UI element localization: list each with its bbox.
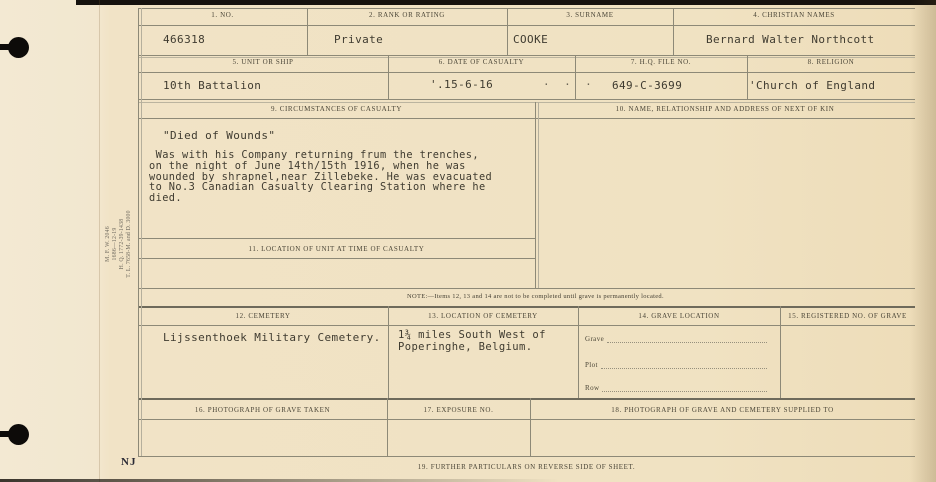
circumstances-body: Was with his Company returning frum the … xyxy=(149,150,492,204)
page-mark: NJ xyxy=(121,456,136,468)
cemetery-value: Lijssenthoek Military Cemetery. xyxy=(163,331,381,344)
plot-row: Plot xyxy=(585,360,767,369)
field-date-label: 6. DATE OF CASUALTY xyxy=(388,58,575,66)
field-surname-value: COOKE xyxy=(513,33,548,46)
rule xyxy=(535,102,536,288)
field-surname-label: 3. SURNAME xyxy=(507,11,673,19)
rule xyxy=(138,398,915,400)
field-date-value: '.15-6-16 xyxy=(430,78,493,91)
rule xyxy=(138,8,915,9)
field-no-value: 466318 xyxy=(163,33,205,46)
next-of-kin-label: 10. NAME, RELATIONSHIP AND ADDRESS OF NE… xyxy=(535,105,915,113)
rule xyxy=(138,8,139,456)
circumstances-label: 9. CIRCUMSTANCES OF CASUALTY xyxy=(138,105,535,113)
margin-line-2: 1686—12-19 xyxy=(112,203,119,285)
margin-form-numbers: M. F. W. 2046 1686—12-19 H. Q. 1772-39-1… xyxy=(105,203,135,285)
cemetery-label: 12. CEMETERY xyxy=(138,312,388,320)
rule xyxy=(138,25,915,26)
rule xyxy=(138,238,535,239)
grave-row-dotted-line xyxy=(607,334,767,343)
rule xyxy=(141,8,142,456)
field-unit-value: 10th Battalion xyxy=(163,79,261,92)
field-hq-file-label: 7. H.Q. FILE NO. xyxy=(575,58,747,66)
punch-hole-top-stem xyxy=(0,44,15,50)
rule xyxy=(138,102,915,103)
rule xyxy=(138,419,915,420)
rule xyxy=(138,72,915,73)
plot-row-dotted-line xyxy=(601,360,767,369)
field-hq-file-value: 649-C-3699 xyxy=(612,79,682,92)
paper-crease xyxy=(99,0,100,482)
field-rank-value: Private xyxy=(334,33,383,46)
field-no-label: 1. NO. xyxy=(138,11,307,19)
photo-taken-label: 16. PHOTOGRAPH OF GRAVE TAKEN xyxy=(138,406,387,414)
casualty-register-scan: 1. NO. 2. RANK OR RATING 3. SURNAME 4. C… xyxy=(0,0,936,482)
row-row: Row xyxy=(585,383,767,392)
rule xyxy=(138,306,915,308)
grave-location-label: 14. GRAVE LOCATION xyxy=(578,312,780,320)
row-row-dotted-line xyxy=(602,383,767,392)
rule xyxy=(538,102,539,288)
row-row-label: Row xyxy=(585,384,599,392)
field-religion-label: 8. RELIGION xyxy=(747,58,915,66)
cemetery-location-value: 1¾ miles South West of Poperinghe, Belgi… xyxy=(398,330,546,353)
field-christian-names-value: Bernard Walter Northcott xyxy=(706,33,875,46)
grave-row-label: Grave xyxy=(585,335,604,343)
rule xyxy=(138,118,915,119)
grave-row: Grave xyxy=(585,334,767,343)
scan-edge-right xyxy=(910,0,936,482)
circumstances-title: "Died of Wounds" xyxy=(163,129,275,142)
cemetery-location-label: 13. LOCATION OF CEMETERY xyxy=(388,312,578,320)
field-rank-label: 2. RANK OR RATING xyxy=(307,11,507,19)
field-christian-names-label: 4. CHRISTIAN NAMES xyxy=(673,11,915,19)
registered-grave-label: 15. REGISTERED NO. OF GRAVE xyxy=(780,312,915,320)
rule xyxy=(138,325,915,326)
rule xyxy=(138,55,915,56)
field-religion-value: 'Church of England xyxy=(749,79,875,92)
margin-line-1: M. F. W. 2046 xyxy=(105,203,112,285)
field-unit-label: 5. UNIT OR SHIP xyxy=(138,58,388,66)
photo-supplied-label: 18. PHOTOGRAPH OF GRAVE AND CEMETERY SUP… xyxy=(530,406,915,414)
punch-hole-bottom-stem xyxy=(0,431,15,437)
footer-line: 19. FURTHER PARTICULARS ON REVERSE SIDE … xyxy=(138,463,915,471)
unit-location-label: 11. LOCATION OF UNIT AT TIME OF CASUALTY xyxy=(138,245,535,253)
rule xyxy=(138,456,915,457)
note-text: NOTE:—Items 12, 13 and 14 are not to be … xyxy=(407,293,664,300)
scan-edge-top xyxy=(76,0,936,5)
exposure-label: 17. EXPOSURE NO. xyxy=(387,406,530,414)
plot-row-label: Plot xyxy=(585,361,598,369)
margin-line-4: T. L. 7658-M. and D. 3000 xyxy=(126,203,133,285)
margin-line-3: H. Q. 1772-39-1438 xyxy=(119,203,126,285)
rule xyxy=(138,258,535,259)
rule xyxy=(138,288,915,289)
rule xyxy=(138,99,915,100)
